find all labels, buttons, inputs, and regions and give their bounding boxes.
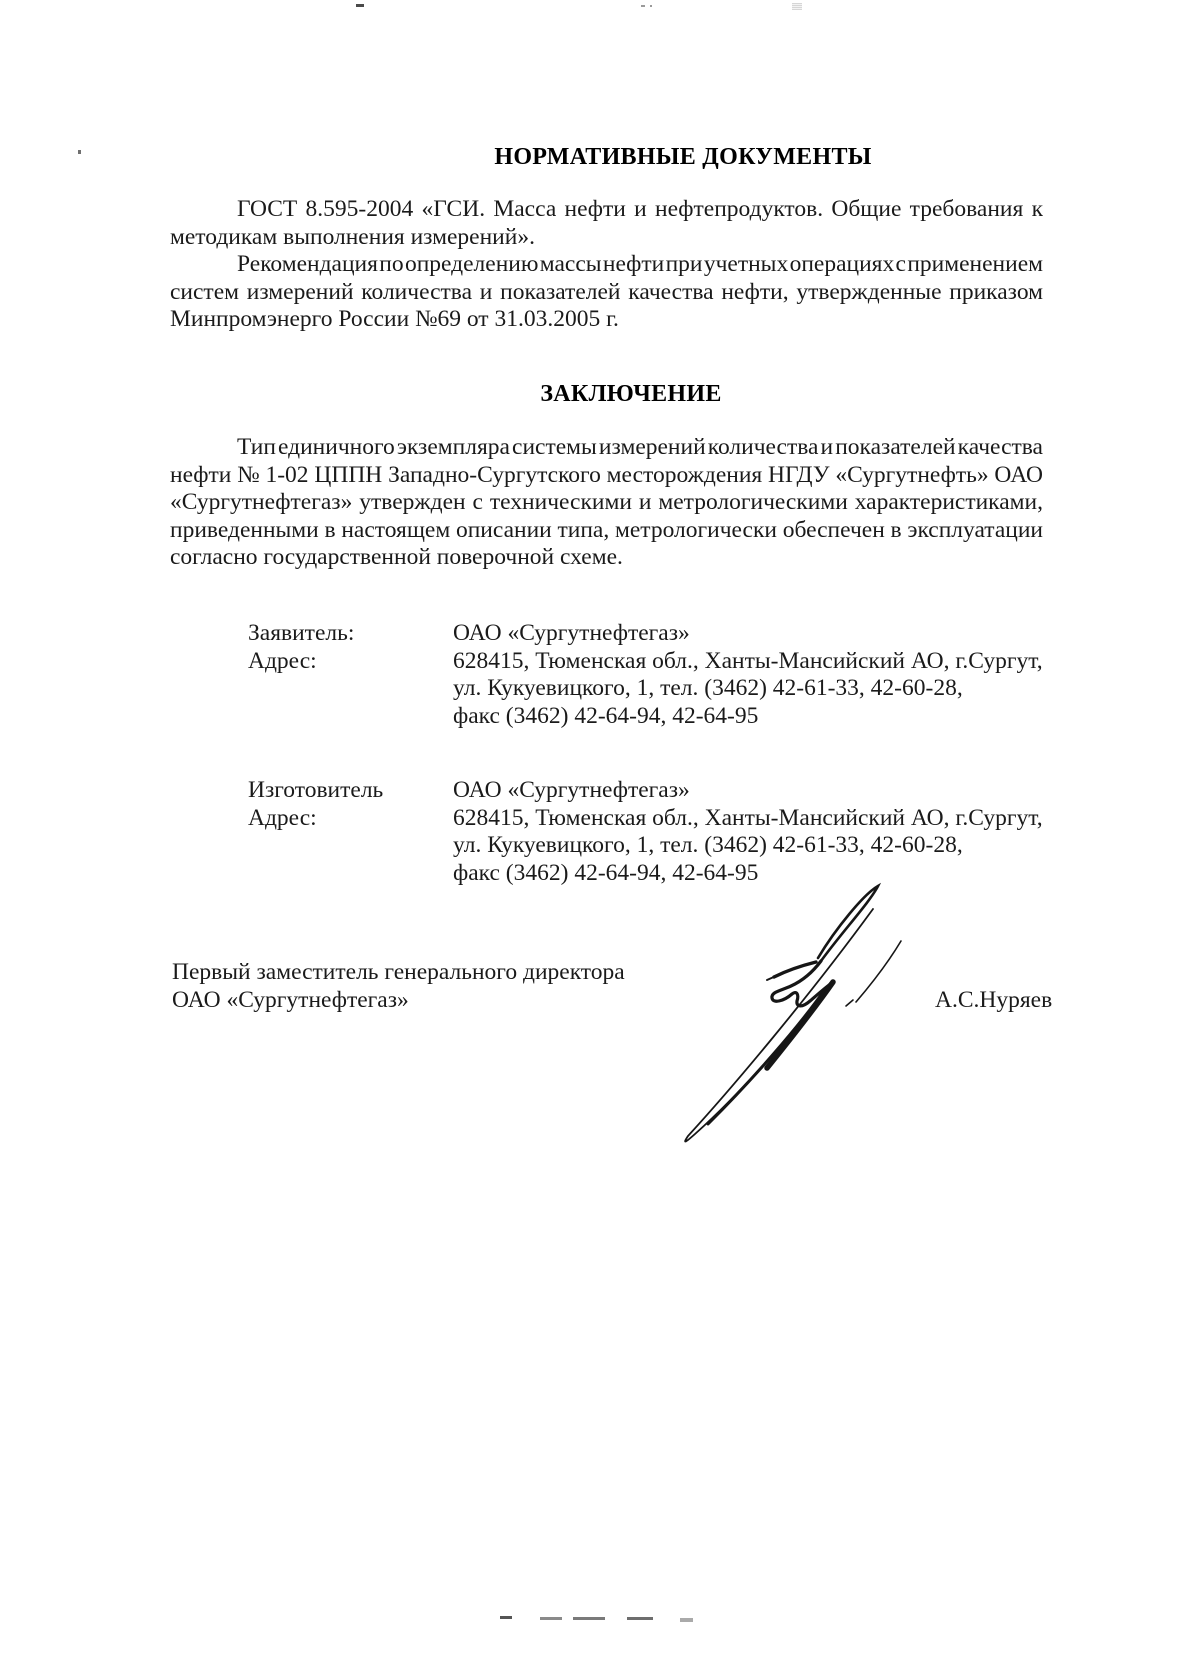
scan-artifact	[500, 1616, 512, 1619]
paragraph-line: Минпромэнерго России №69 от 31.03.2005 г…	[170, 306, 1043, 334]
manufacturer-name: ОАО «Сургутнефтегаз»	[453, 777, 1043, 805]
signer-position-line: Первый заместитель генерального директор…	[172, 959, 625, 987]
scan-artifact	[641, 5, 645, 7]
scan-artifact	[573, 1617, 605, 1620]
applicant-address-line: факс (3462) 42-64-94, 42-64-95	[453, 703, 1043, 731]
paragraph-line: приведенными в настоящем описании типа, …	[170, 517, 1043, 545]
scan-artifact	[680, 1618, 693, 1622]
manufacturer-label: Изготовитель	[248, 777, 383, 805]
scanned-document-page: НОРМАТИВНЫЕ ДОКУМЕНТЫ ГОСТ 8.595-2004 «Г…	[0, 0, 1178, 1657]
manufacturer-address-label: Адрес:	[248, 805, 383, 833]
scan-artifact	[627, 1617, 653, 1620]
scan-artifact	[356, 4, 364, 7]
scan-artifact	[78, 150, 81, 154]
conclusion-paragraph: Тип единичного экземпляра системы измере…	[170, 434, 1043, 572]
signature-autograph	[640, 880, 910, 1150]
conclusion-heading: ЗАКЛЮЧЕНИЕ	[540, 380, 721, 408]
paragraph-line: «Сургутнефтегаз» утвержден с техническим…	[170, 489, 1043, 517]
applicant-label: Заявитель:	[248, 620, 354, 648]
manufacturer-address-line: ул. Кукуевицкого, 1, тел. (3462) 42-61-3…	[453, 832, 1043, 860]
signer-name: А.С.Нуряев	[935, 987, 1052, 1015]
manufacturer-address-line: 628415, Тюменская обл., Ханты-Мансийский…	[453, 805, 1043, 833]
applicant-address-line: ул. Кукуевицкого, 1, тел. (3462) 42-61-3…	[453, 675, 1043, 703]
paragraph-line: систем измерений количества и показателе…	[170, 279, 1043, 307]
normative-paragraphs: ГОСТ 8.595-2004 «ГСИ. Масса нефти и нефт…	[170, 196, 1043, 334]
paragraph-line: Тип единичного экземпляра системы измере…	[170, 434, 1043, 462]
applicant-address-line: 628415, Тюменская обл., Ханты-Мансийский…	[453, 648, 1043, 676]
document-title: НОРМАТИВНЫЕ ДОКУМЕНТЫ	[494, 143, 871, 171]
scan-artifact	[792, 3, 802, 10]
applicant-name: ОАО «Сургутнефтегаз»	[453, 620, 1043, 648]
paragraph-line: методикам выполнения измерений».	[170, 224, 1043, 252]
paragraph-line: Рекомендация по определению массы нефти …	[170, 251, 1043, 279]
signer-position: Первый заместитель генерального директор…	[172, 959, 625, 1014]
applicant-address-label: Адрес:	[248, 648, 354, 676]
scan-artifact	[540, 1617, 562, 1620]
paragraph-line: согласно государственной поверочной схем…	[170, 544, 1043, 572]
scan-artifact	[650, 5, 652, 7]
paragraph-line: нефти № 1-02 ЦППН Западно-Сургутского ме…	[170, 462, 1043, 490]
signer-position-line: ОАО «Сургутнефтегаз»	[172, 987, 625, 1015]
paragraph-line: ГОСТ 8.595-2004 «ГСИ. Масса нефти и нефт…	[170, 196, 1043, 224]
